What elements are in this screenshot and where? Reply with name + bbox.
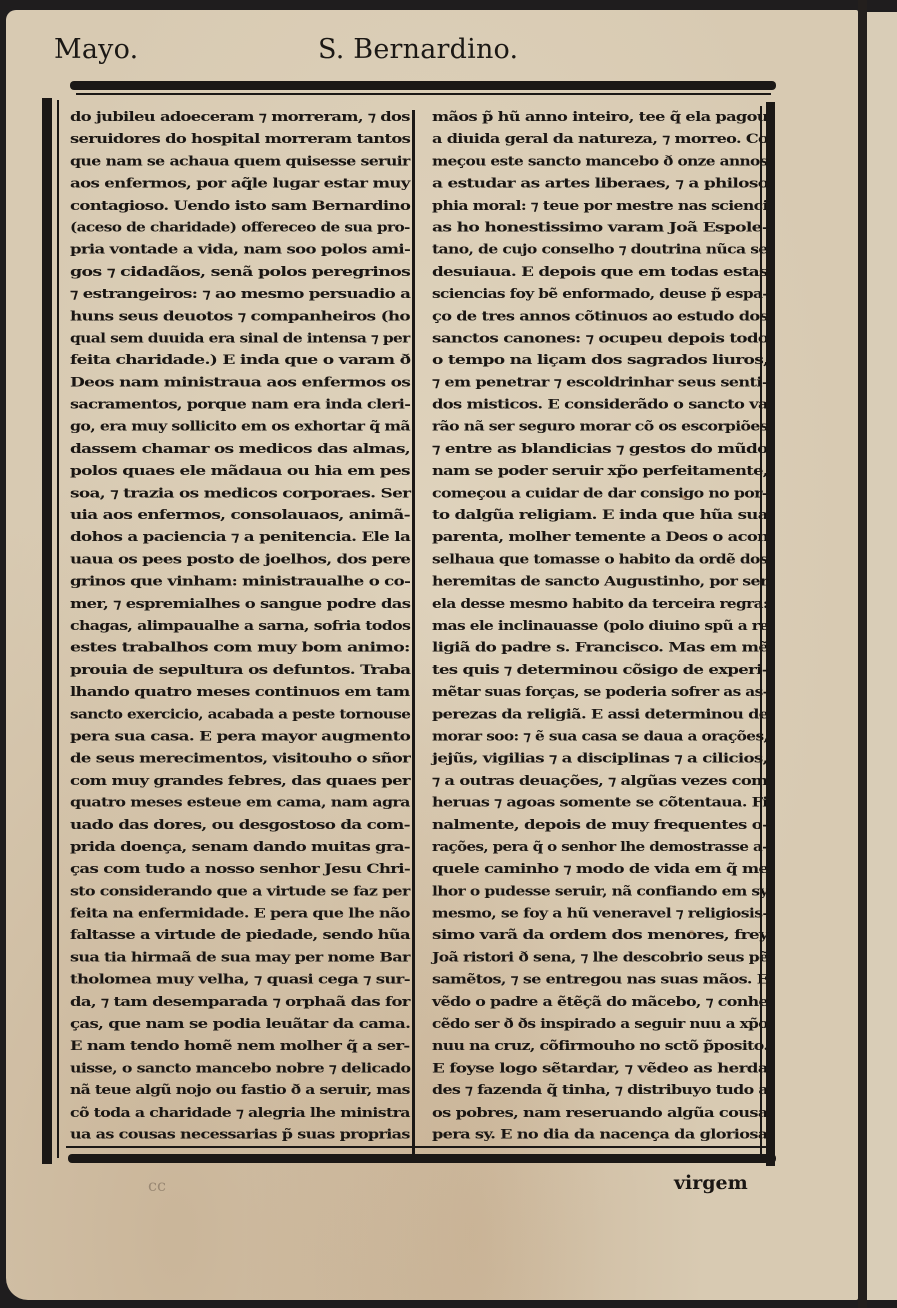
top-thin-rule <box>76 93 771 95</box>
left-thick-rule <box>42 98 52 1164</box>
running-head-month: Mayo. <box>54 34 138 65</box>
text-column-right: mãos p̃ hũ anno inteiro, tee q̃ ela pago… <box>432 106 768 1146</box>
text-line: mer, ⁊ espremialhes o sangue podre das <box>70 593 410 615</box>
text-line: Deos nam ministraua aos enfermos os <box>70 371 410 393</box>
text-line: ⁊ a outras deuações, ⁊ algũas vezes com <box>432 770 768 792</box>
text-line: samẽtos, ⁊ se entregou nas suas mãos. E <box>432 969 768 991</box>
text-line: go, era muy sollicito em os exhortar q̃ … <box>70 416 410 438</box>
text-line: Joã ristori ð sena, ⁊ lhe descobrio seus… <box>432 947 768 969</box>
text-line: a estudar as artes liberaes, ⁊ a philoso <box>432 172 768 194</box>
text-line: rações, pera q̃ o senhor lhe demostrasse… <box>432 836 768 858</box>
text-line: prida doença, senam dando muitas gra- <box>70 836 410 858</box>
text-line: sacramentos, porque nam era inda cleri- <box>70 394 410 416</box>
text-line: uia aos enfermos, consolauaos, animã- <box>70 504 410 526</box>
text-line: dos misticos. E considerãdo o sancto va <box>432 394 768 416</box>
text-line: com muy grandes febres, das quaes per <box>70 770 410 792</box>
catchword: virgem <box>674 1172 748 1194</box>
text-line: da, ⁊ tam desemparada ⁊ orphaã das for <box>70 991 410 1013</box>
text-line: mesmo, se foy a hũ veneravel ⁊ religiosi… <box>432 902 768 924</box>
text-line: quele caminho ⁊ modo de vida em q̃ me <box>432 858 768 880</box>
text-line: des ⁊ fazenda q̃ tinha, ⁊ distribuyo tud… <box>432 1079 768 1101</box>
text-line: parenta, molher temente a Deos o acon <box>432 526 768 548</box>
text-line: uisse, o sancto mancebo nobre ⁊ delicado <box>70 1057 410 1079</box>
ink-stain <box>689 930 694 935</box>
text-line: E foyse logo sẽtardar, ⁊ vẽdeo as herda <box>432 1057 768 1079</box>
text-line: feita na enfermidade. E pera que lhe não <box>70 902 410 924</box>
bottom-thick-rule <box>68 1154 776 1163</box>
text-line: aos enfermos, por aq̃le lugar estar muy <box>70 172 410 194</box>
text-line: cẽdo ser ð ðs inspirado a seguir nuu a x… <box>432 1013 768 1035</box>
text-line: cõ toda a charidade ⁊ alegria lhe minist… <box>70 1101 410 1123</box>
text-line: chagas, alimpaualhe a sarna, sofria todo… <box>70 615 410 637</box>
text-line: dassem chamar os medicos das almas, <box>70 438 410 460</box>
text-line: ças com tudo a nosso senhor Jesu Chri- <box>70 858 410 880</box>
text-line: sciencias foy bẽ enformado, deuse p̃ esp… <box>432 283 768 305</box>
text-line: rão nã ser seguro morar cõ os escorpiões <box>432 416 768 438</box>
text-line: heremitas de sancto Augustinho, por ser <box>432 571 768 593</box>
text-line: heruas ⁊ agoas somente se cõtentaua. Fi <box>432 792 768 814</box>
text-line: grinos que vinham: ministraualhe o co- <box>70 571 410 593</box>
adjacent-page-edge <box>867 12 897 1300</box>
text-line: quatro meses esteue em cama, nam agra <box>70 792 410 814</box>
text-line: ela desse mesmo habito da terceira regra… <box>432 593 768 615</box>
book-page: Mayo. S. Bernardino. do jubileu adoecera… <box>6 10 858 1300</box>
text-line: ⁊ estrangeiros: ⁊ ao mesmo persuadio a <box>70 283 410 305</box>
text-line: sancto exercicio, acabada a peste tornou… <box>70 703 410 725</box>
text-line: os pobres, nam reseruando algũa cousa <box>432 1101 768 1123</box>
text-line: selhaua que tomasse o habito da ordẽ dos <box>432 548 768 570</box>
text-line: lhando quatro meses continuos em tam <box>70 681 410 703</box>
text-line: soa, ⁊ trazia os medicos corporaes. Ser <box>70 482 410 504</box>
top-thick-rule <box>70 81 776 90</box>
text-line: ço de tres annos cõtinuos ao estudo dos <box>432 305 768 327</box>
text-line: o tempo na liçam dos sagrados liuros, <box>432 349 768 371</box>
text-line: lhor o pudesse seruir, nã confiando em s… <box>432 880 768 902</box>
text-line: que nam se achaua quem quisesse seruir <box>70 150 410 172</box>
text-line: qual sem duuida era sinal de intensa ⁊ p… <box>70 327 410 349</box>
text-line: ⁊ entre as blandicias ⁊ gestos do mũdo <box>432 438 768 460</box>
text-line: simo varã da ordem dos menores, frey <box>432 924 768 946</box>
text-line: sanctos canones: ⁊ ocupeu depois todo <box>432 327 768 349</box>
text-line: meçou este sancto mancebo ð onze annos <box>432 150 768 172</box>
text-line: desuiaua. E depois que em todas estas <box>432 261 768 283</box>
text-line: ua as cousas necessarias p̃ suas propria… <box>70 1124 410 1146</box>
text-line: mãos p̃ hũ anno inteiro, tee q̃ ela pago… <box>432 106 768 128</box>
text-line: sto considerando que a virtude se faz pe… <box>70 880 410 902</box>
text-line: pera sy. E no dia da nacença da gloriosa <box>432 1124 768 1146</box>
running-head-title: S. Bernardino. <box>318 34 518 65</box>
text-line: prouia de sepultura os defuntos. Traba <box>70 659 410 681</box>
ink-stain <box>682 495 687 500</box>
text-line: estes trabalhos com muy bom animo: <box>70 637 410 659</box>
text-line: perezas da religiã. E assi determinou de <box>432 703 768 725</box>
column-divider <box>412 110 415 1155</box>
text-line: tholomea muy velha, ⁊ quasi cega ⁊ sur- <box>70 969 410 991</box>
text-line: E nam tendo homẽ nem molher q̃ a ser- <box>70 1035 410 1057</box>
text-line: sua tia hirmaã de sua may per nome Bar <box>70 947 410 969</box>
text-line: vẽdo o padre a ẽtẽçã do mãcebo, ⁊ conhe <box>432 991 768 1013</box>
text-line: nã teue algũ nojo ou fastio ð a seruir, … <box>70 1079 410 1101</box>
text-line: uado das dores, ou desgostoso da com- <box>70 814 410 836</box>
text-column-left: do jubileu adoeceram ⁊ morreram, ⁊ dosse… <box>70 106 410 1146</box>
text-line: feita charidade.) E inda que o varam ð <box>70 349 410 371</box>
text-line: ças, que nam se podia leuãtar da cama. <box>70 1013 410 1035</box>
text-line: faltasse a virtude de piedade, sendo hũa <box>70 924 410 946</box>
text-line: contagioso. Uendo isto sam Bernardino <box>70 194 410 216</box>
text-line: tes quis ⁊ determinou cõsigo de experi- <box>432 659 768 681</box>
text-line: a diuida geral da natureza, ⁊ morreo. Co <box>432 128 768 150</box>
text-line: seruidores do hospital morreram tantos <box>70 128 410 150</box>
text-line: uaua os pees posto de joelhos, dos pere <box>70 548 410 570</box>
text-line: gos ⁊ cidadãos, senã polos peregrinos <box>70 261 410 283</box>
bottom-thin-rule <box>66 1146 771 1148</box>
text-line: pera sua casa. E pera mayor augmento <box>70 725 410 747</box>
text-line: to dalgũa religiam. E inda que hũa sua <box>432 504 768 526</box>
book-gutter <box>858 0 867 1308</box>
text-line: jejũs, vigilias ⁊ a disciplinas ⁊ a cili… <box>432 748 768 770</box>
text-line: nuu na cruz, cõfirmouho no sctõ p̃posito… <box>432 1035 768 1057</box>
text-line: morar soo: ⁊ ẽ sua casa se daua a oraçõe… <box>432 725 768 747</box>
text-line: tano, de cujo conselho ⁊ doutrina nũca s… <box>432 239 768 261</box>
text-line: nam se poder seruir xp̃o perfeitamente, <box>432 460 768 482</box>
folio-bleed-through: cc <box>148 1176 166 1195</box>
text-line: ligiã do padre s. Francisco. Mas em mẽ <box>432 637 768 659</box>
text-line: as ho honestissimo varam Joã Espole- <box>432 217 768 239</box>
text-line: pria vontade a vida, nam soo polos ami- <box>70 239 410 261</box>
text-line: phia moral: ⁊ teue por mestre nas scienc… <box>432 194 768 216</box>
text-line: ⁊ em penetrar ⁊ escoldrinhar seus senti- <box>432 371 768 393</box>
text-line: do jubileu adoeceram ⁊ morreram, ⁊ dos <box>70 106 410 128</box>
text-line: mẽtar suas forças, se poderia sofrer as … <box>432 681 768 703</box>
text-line: mas ele inclinauasse (polo diuino spũ a … <box>432 615 768 637</box>
text-line: huns seus deuotos ⁊ companheiros (ho <box>70 305 410 327</box>
text-line: polos quaes ele mãdaua ou hia em pes <box>70 460 410 482</box>
left-thin-rule <box>57 100 59 1158</box>
text-line: de seus merecimentos, visitouho o sñor <box>70 748 410 770</box>
text-line: dohos a paciencia ⁊ a penitencia. Ele la <box>70 526 410 548</box>
text-line: (aceso de charidade) offereceo de sua pr… <box>70 217 410 239</box>
text-line: nalmente, depois de muy frequentes o- <box>432 814 768 836</box>
text-line: começou a cuidar de dar consigo no por- <box>432 482 768 504</box>
